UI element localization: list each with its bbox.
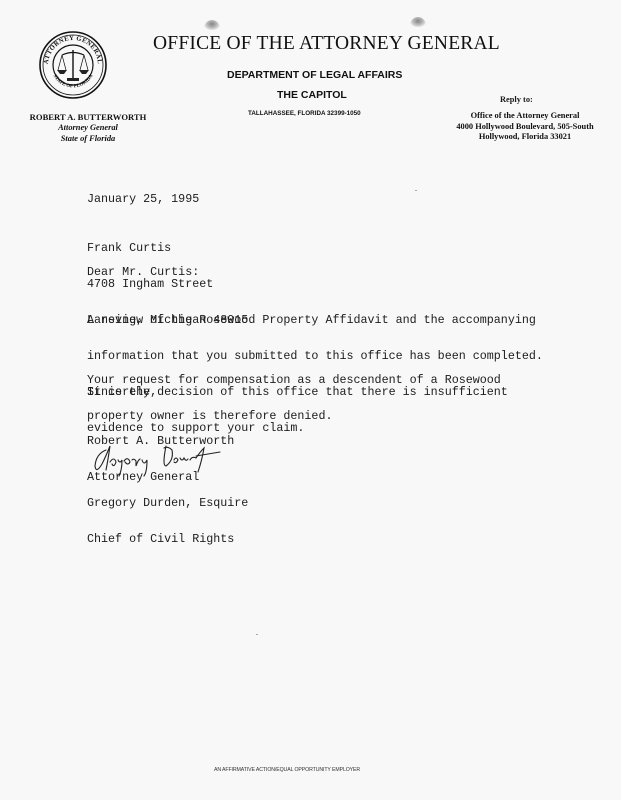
city-line: TALLAHASSEE, FLORIDA 32399-1050 — [248, 110, 361, 117]
footer-eoe-notice: AN AFFIRMATIVE ACTION/EQUAL OPPORTUNITY … — [214, 767, 360, 773]
signer-block: Gregory Durden, Esquire Chief of Civil R… — [87, 473, 248, 569]
salutation: Dear Mr. Curtis: — [87, 266, 199, 278]
letter-page: ATTORNEY GENERAL STATE OF FLORIDA OFFICE… — [0, 0, 621, 800]
reply-to-line: 4000 Hollywood Boulevard, 505-South — [440, 122, 610, 133]
reply-to-line: Office of the Attorney General — [440, 111, 610, 122]
scan-speck — [256, 634, 258, 635]
reply-to-address: Office of the Attorney General 4000 Holl… — [440, 111, 610, 143]
attorney-general-name: ROBERT A. BUTTERWORTH — [22, 112, 154, 122]
paragraph-line: A review of the Rosewood Property Affida… — [87, 314, 543, 326]
letter-date: January 25, 1995 — [87, 193, 199, 205]
reply-to-line: Hollywood, Florida 33021 — [440, 132, 610, 143]
punch-hole-mark — [204, 20, 220, 30]
signer-line: Chief of Civil Rights — [87, 533, 248, 545]
state-seal-icon: ATTORNEY GENERAL STATE OF FLORIDA — [38, 28, 108, 102]
attorney-general-block: ROBERT A. BUTTERWORTH Attorney General S… — [22, 112, 154, 144]
signer-line: Gregory Durden, Esquire — [87, 497, 248, 509]
closing: Sincerely, — [87, 386, 157, 398]
recipient-line: Frank Curtis — [87, 242, 248, 254]
office-title: OFFICE OF THE ATTORNEY GENERAL — [153, 33, 500, 55]
recipient-line: 4708 Ingham Street — [87, 278, 248, 290]
attorney-general-state: State of Florida — [22, 133, 154, 144]
punch-hole-mark — [410, 17, 426, 27]
attorney-general-title: Attorney General — [22, 122, 154, 133]
building-name: THE CAPITOL — [277, 89, 347, 101]
department-name: DEPARTMENT OF LEGAL AFFAIRS — [227, 69, 402, 81]
reply-to-label: Reply to: — [500, 95, 533, 104]
scan-speck — [415, 190, 417, 191]
